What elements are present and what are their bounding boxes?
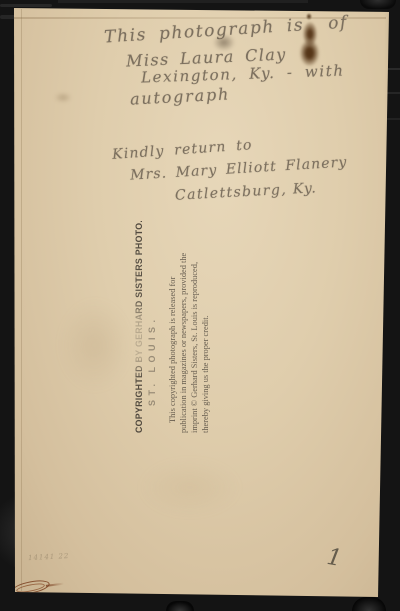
stamp-body-line: publication in magazines or newspapers, … bbox=[178, 221, 189, 433]
stain-mark bbox=[60, 300, 130, 390]
ink-scribble bbox=[11, 573, 65, 601]
paper-crease bbox=[21, 9, 22, 591]
page-number: 1 bbox=[325, 544, 344, 572]
return-note-line-1: Kindly return to bbox=[112, 137, 254, 163]
return-note-line-3: Catlettsburg, Ky. bbox=[175, 180, 318, 203]
mount-clip-top bbox=[360, 0, 396, 9]
stain-mark bbox=[304, 2, 310, 11]
stamp-studio-line: COPYRIGHTED BY GERHARD SISTERS PHOTO. CO… bbox=[134, 221, 144, 433]
mount-clip-bottom bbox=[166, 601, 194, 611]
caption-line-1-right: of bbox=[328, 13, 349, 34]
scanner-glare-streak bbox=[387, 68, 400, 70]
stamp-release-text: This copyrighted photograph is released … bbox=[167, 221, 211, 433]
stamp-body-line: This copyrighted photograph is released … bbox=[167, 221, 178, 433]
scanner-glare-streak bbox=[387, 118, 400, 120]
scanner-glare-streak bbox=[387, 92, 400, 94]
scanner-glare-streak bbox=[0, 4, 52, 7]
stain-mark bbox=[54, 92, 72, 103]
photograph-back-paper: This photograph isof Miss Laura Clay Lex… bbox=[0, 0, 400, 611]
stamp-body-line: thereby giving us the proper credit. bbox=[200, 221, 211, 433]
mount-clip-bottom bbox=[352, 597, 386, 611]
copyright-stamp: COPYRIGHTED BY GERHARD SISTERS PHOTO. CO… bbox=[134, 221, 238, 433]
scanner-glare-streak bbox=[58, 0, 308, 3]
catalog-note: 14141 22 bbox=[28, 552, 70, 562]
caption-gap bbox=[304, 29, 328, 30]
scanned-photo-back: This photograph isof Miss Laura Clay Lex… bbox=[0, 0, 400, 611]
caption-line-1-left: This photograph is bbox=[104, 15, 305, 47]
stamp-body-line: imprint © Gerhard Sisters, St. Louis is … bbox=[189, 221, 200, 433]
caption-line-4: autograph bbox=[130, 84, 231, 108]
stain-mark bbox=[140, 460, 240, 515]
stamp-city-line: ST. LOUIS. bbox=[147, 221, 157, 406]
